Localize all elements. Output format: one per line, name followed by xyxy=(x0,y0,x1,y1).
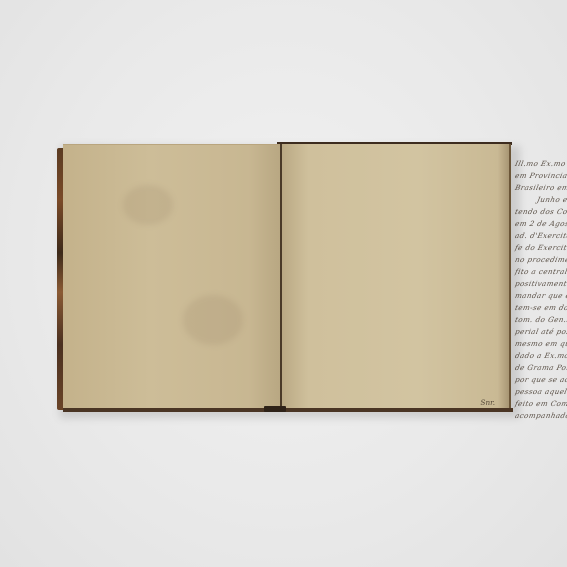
handwriting-line: tom. do Gen.l Com.te em Chefe remetido a… xyxy=(514,314,567,326)
handwriting-line: ad. d'Exercito Marquez de Caxias, estão … xyxy=(514,230,567,242)
photo-scene: Ill.mo Ex.mo Snr Marechal de Campo Gov.o… xyxy=(0,0,567,567)
handwriting-line: positivamente de meu regimento, julgando… xyxy=(514,278,567,290)
book-gutter xyxy=(280,144,282,410)
handwriting-line: tem-se em domo e tal conclusão, seguindo… xyxy=(514,302,567,314)
handwriting-line: por que se acham reconhecidos por este e… xyxy=(514,374,567,386)
open-manuscript-book: Ill.mo Ex.mo Snr Marechal de Campo Gov.o… xyxy=(57,142,514,414)
handwriting-line: em 2 de Agosto do anno passado pelo Ex.m… xyxy=(514,218,567,230)
handwriting-line: fe do Exercito aliado, reportando-se da … xyxy=(514,242,567,254)
handwriting-line: Ill.mo Ex.mo Snr Marechal de Campo Gov.o… xyxy=(514,158,567,170)
closing-word: Snr. xyxy=(481,398,495,407)
spine-tab xyxy=(264,406,286,412)
handwriting-line: mandar que em o actual em tal importanci… xyxy=(514,290,567,302)
handwriting-line: tendo dos Com.tes do Reg.o de Cavall.a, … xyxy=(514,206,567,218)
handwriting-line: dado a Ex.mo Snr Brigad. Estephen Hebel … xyxy=(514,350,567,362)
handwriting-line: fito a centralisar de meu posto em Chaco… xyxy=(514,266,567,278)
left-page-blank xyxy=(63,144,281,411)
cover-edge-bottom xyxy=(63,408,513,412)
handwriting-line: de Grama Porte que disesse em se mostra … xyxy=(514,362,567,374)
paper-stain xyxy=(183,295,243,345)
handwriting-line: em Provincia de Guiana, Com.te em Chefe … xyxy=(514,170,567,182)
handwriting-line: pessoa aqueles estejo, e ainda outros co… xyxy=(514,386,567,398)
handwriting-line: acompanhados em espingardas em se achava… xyxy=(514,410,567,422)
handwritten-text: Ill.mo Ex.mo Snr Marechal de Campo Gov.o… xyxy=(515,158,567,422)
handwriting-line: Junho em Rio de Janeiro Junto o Exg.o de… xyxy=(514,194,567,206)
handwriting-line: feito em Com.do 3.o posto 1a 4.o Divisão… xyxy=(514,398,567,410)
handwriting-line: perial até posta-se em meu memoria e obj… xyxy=(514,326,567,338)
handwriting-line: mesmo em que ponto e offo em liberdade d… xyxy=(514,338,567,350)
handwriting-line: no procedimento que tive por ocasião de … xyxy=(514,254,567,266)
handwriting-line: Brasileiro em operação contra o Governo … xyxy=(514,182,567,194)
paper-stain xyxy=(123,185,173,225)
right-page-handwritten: Ill.mo Ex.mo Snr Marechal de Campo Gov.o… xyxy=(281,144,511,410)
